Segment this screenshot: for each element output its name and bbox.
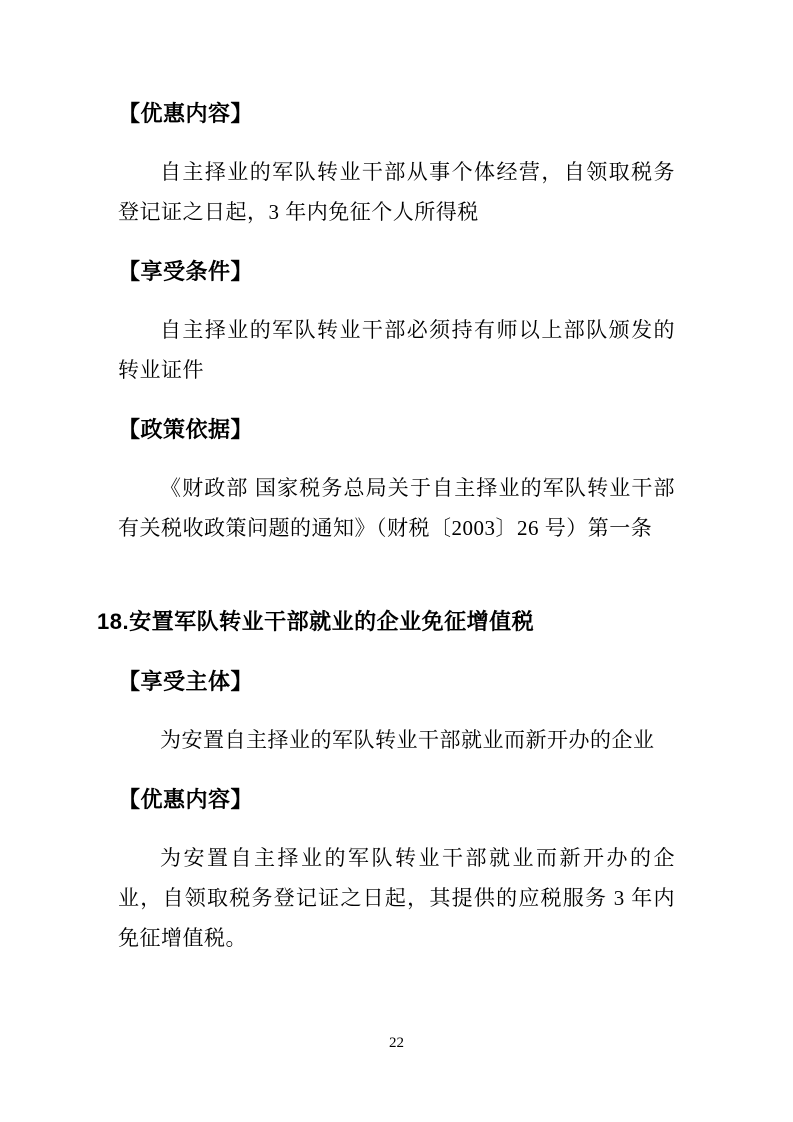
benefit-content-paragraph-2: 为安置自主择业的军队转业干部就业而新开办的企业，自领取税务登记证之日起，其提供的… (118, 838, 675, 958)
benefit-content-heading: 【优惠内容】 (118, 94, 675, 134)
document-body: 【优惠内容】 自主择业的军队转业干部从事个体经营，自领取税务登记证之日起，3 年… (118, 94, 675, 958)
beneficiary-subject-heading: 【享受主体】 (118, 662, 675, 702)
policy-basis-paragraph: 《财政部 国家税务总局关于自主择业的军队转业干部有关税收政策问题的通知》（财税〔… (118, 468, 675, 548)
beneficiary-subject-paragraph: 为安置自主择业的军队转业干部就业而新开办的企业 (118, 720, 675, 760)
item-18-title: 18.安置军队转业干部就业的企业免征增值税 (97, 602, 675, 642)
benefit-content-paragraph: 自主择业的军队转业干部从事个体经营，自领取税务登记证之日起，3 年内免征个人所得… (118, 152, 675, 232)
eligibility-condition-paragraph: 自主择业的军队转业干部必须持有师以上部队颁发的转业证件 (118, 310, 675, 390)
document-page: 【优惠内容】 自主择业的军队转业干部从事个体经营，自领取税务登记证之日起，3 年… (0, 0, 793, 1122)
eligibility-condition-heading: 【享受条件】 (118, 252, 675, 292)
page-footer: 22 (0, 1034, 793, 1052)
benefit-content-heading-2: 【优惠内容】 (118, 780, 675, 820)
page-number: 22 (389, 1035, 404, 1051)
policy-basis-heading: 【政策依据】 (118, 410, 675, 450)
